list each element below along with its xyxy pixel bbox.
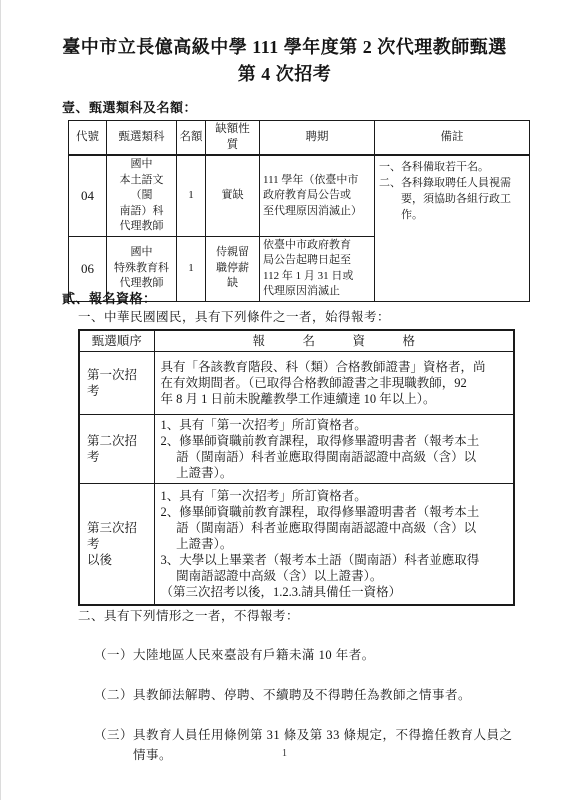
qualification-cell: 具有「各該教育階段、科（類）合格教師證書」資格者，尚 在有效期間者。（已取得合格… [154, 352, 514, 415]
table-header-row: 代號 甄選類科 名額 缺額性 質 聘期 備註 [69, 121, 530, 156]
recruitment-subjects-table: 代號 甄選類科 名額 缺額性 質 聘期 備註 04 國中 本土語文（閩 南語）科… [68, 120, 530, 302]
column-header-code: 代號 [69, 121, 107, 156]
section2-heading: 貳、報名資格： [62, 288, 157, 307]
qualification-cell: 1、具有「第一次招考」所訂資格者。 2、修畢師資職前教育課程，取得修畢證明書者（… [154, 484, 514, 606]
column-header-selection-order: 甄選順序 [79, 330, 154, 352]
selection-order-cell: 第一次招考 [79, 352, 154, 415]
section2-item1: 一、中華民國國民，具有下列條件之一者，始得報考： [78, 307, 390, 325]
disqualification-item: （一）大陸地區人民來臺設有戶籍未滿 10 年者。 [94, 645, 534, 665]
remark-cell: 一、各科備取若干名。 二、各科錄取聘任人員視需 要，須協助各組行政工 作。 [375, 155, 530, 301]
quota-cell: 1 [177, 236, 206, 301]
qualification-table: 甄選順序 報 名 資 格 第一次招考 具有「各該教育階段、科（類）合格教師證書」… [78, 329, 515, 606]
employment-period-cell: 依臺中市政府教育 局公告起聘日起至 112 年 1 月 31 日或 代理原因消滅… [260, 236, 375, 301]
quota-cell: 1 [177, 155, 206, 236]
column-header-vacancy-nature: 缺額性 質 [206, 121, 260, 156]
section2-item2: 二、具有下列情形之一者，不得報考： [78, 606, 299, 624]
vacancy-nature-cell: 侍親留 職停薪 缺 [206, 236, 260, 301]
subject-cell: 國中 本土語文（閩 南語）科 代理教師 [107, 155, 177, 236]
page-number: 1 [0, 748, 569, 759]
column-header-subject: 甄選類科 [107, 121, 177, 156]
vacancy-nature-cell: 實缺 [206, 155, 260, 236]
code-cell: 04 [69, 155, 107, 236]
page-left-edge [0, 0, 1, 800]
disqualification-list: （一）大陸地區人民來臺設有戶籍未滿 10 年者。 （二）具教師法解聘、停聘、不續… [94, 625, 534, 785]
employment-period-cell: 111 學年（依臺中市 政府教育局公告或 至代理原因消滅止） [260, 155, 375, 236]
table-row: 04 國中 本土語文（閩 南語）科 代理教師 1 實缺 111 學年（依臺中市 … [69, 155, 530, 236]
selection-order-cell: 第二次招考 [79, 415, 154, 484]
column-header-remark: 備註 [375, 121, 530, 156]
column-header-employment-period: 聘期 [260, 121, 375, 156]
column-header-quota: 名額 [177, 121, 206, 156]
table-row: 第三次招考 以後 1、具有「第一次招考」所訂資格者。 2、修畢師資職前教育課程，… [79, 484, 514, 606]
table-row: 第一次招考 具有「各該教育階段、科（類）合格教師證書」資格者，尚 在有效期間者。… [79, 352, 514, 415]
qualification-cell: 1、具有「第一次招考」所訂資格者。 2、修畢師資職前教育課程，取得修畢證明書者（… [154, 415, 514, 484]
selection-order-cell: 第三次招考 以後 [79, 484, 154, 606]
table-header-row: 甄選順序 報 名 資 格 [79, 330, 514, 352]
section1-heading: 壹、甄選類科及名額： [62, 97, 197, 116]
disqualification-item: （三）具教育人員任用條例第 31 條及第 33 條規定，不得擔任教育人員之 情事… [94, 725, 534, 765]
column-header-qualification: 報 名 資 格 [154, 330, 514, 352]
disqualification-item: （二）具教師法解聘、停聘、不續聘及不得聘任為教師之情事者。 [94, 685, 534, 705]
page-title: 臺中市立長億高級中學 111 學年度第 2 次代理教師甄選 第 4 次招考 [0, 34, 569, 88]
table-row: 第二次招考 1、具有「第一次招考」所訂資格者。 2、修畢師資職前教育課程，取得修… [79, 415, 514, 484]
